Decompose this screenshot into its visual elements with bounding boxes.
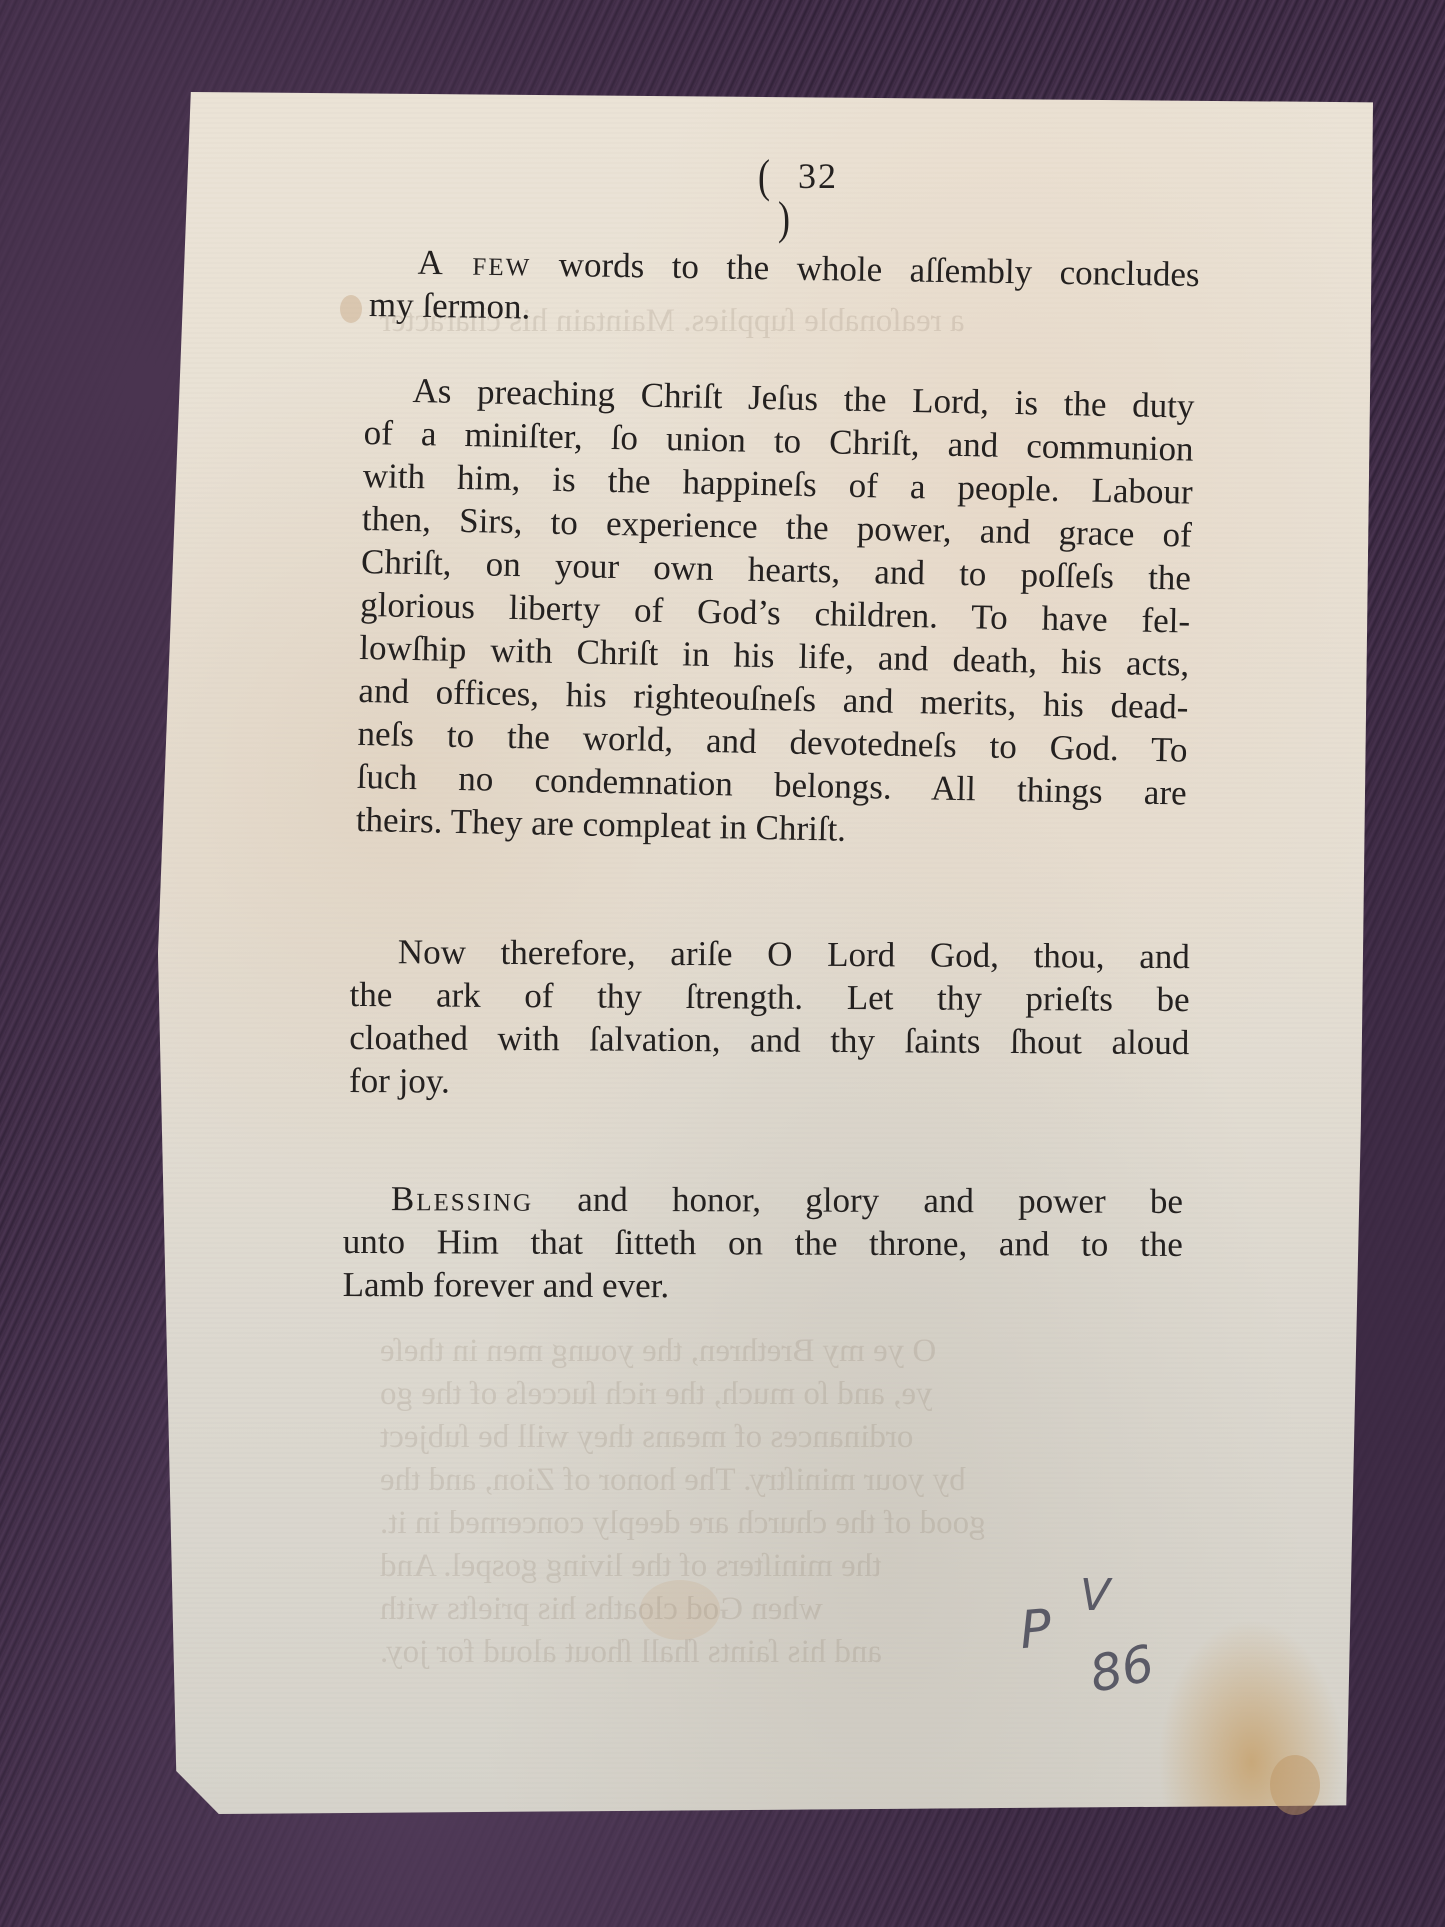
- paragraph-union-with-christ: As preaching Chriſt Jeſus the Lord, is t…: [356, 368, 1195, 858]
- text-line: and honor, glory and power be: [533, 1180, 1183, 1221]
- paren-close: ): [778, 191, 792, 246]
- pencil-number: 86: [1085, 1634, 1159, 1704]
- smallcaps-lead: Blessing: [391, 1179, 533, 1218]
- text-line: cloathed with ſalvation, and thy ſaints …: [349, 1016, 1189, 1064]
- text-line: unto Him that ſitteth on the throne, and…: [343, 1220, 1183, 1266]
- page-number: (32): [700, 155, 870, 239]
- page-number-value: 32: [798, 156, 838, 196]
- paragraph-closing-intro: A few words to the whole aſſembly conclu…: [369, 240, 1200, 339]
- text-line: the ark of thy ſtrength. Let thy prieſts…: [349, 973, 1189, 1021]
- pencil-letter-v: V: [1080, 1570, 1110, 1621]
- paragraph-blessing: Blessing and honor, glory and power be u…: [343, 1177, 1183, 1309]
- text-line: Now therefore, ariſe O Lord God, thou, a…: [350, 930, 1190, 978]
- pencil-letter-p: P: [1017, 1599, 1053, 1662]
- text-line: Lamb forever and ever.: [343, 1263, 1183, 1309]
- page-text: (32) A few words to the whole aſſembly c…: [0, 0, 1445, 1927]
- text-line: words to the whole aſſembly concludes: [531, 245, 1200, 294]
- smallcaps-lead: A few: [417, 243, 531, 284]
- paragraph-arise-o-lord: Now therefore, ariſe O Lord God, thou, a…: [349, 930, 1190, 1107]
- paren-open: (: [758, 149, 772, 204]
- text-line: for joy.: [349, 1059, 1189, 1107]
